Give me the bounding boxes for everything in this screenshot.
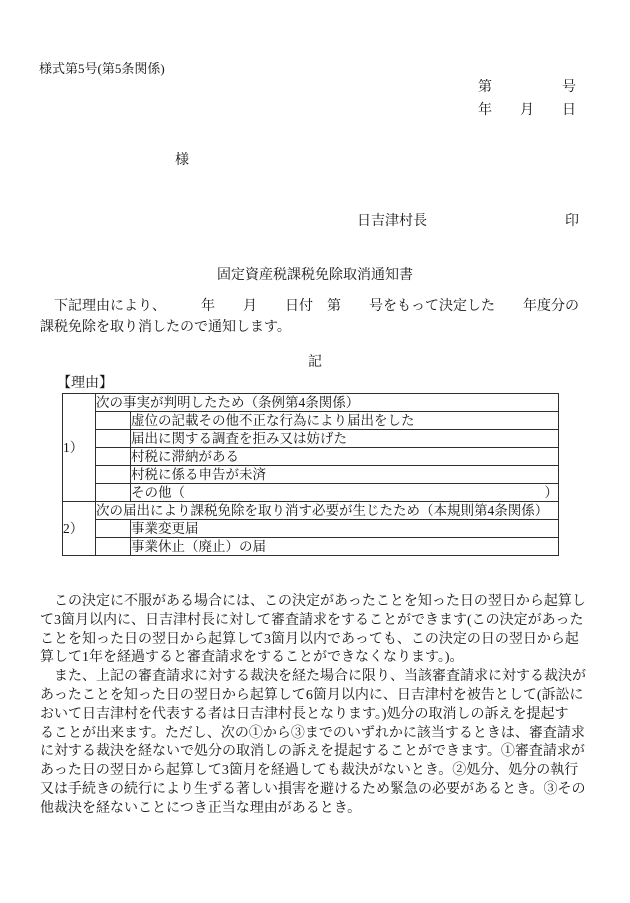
checkbox-cell	[96, 466, 131, 484]
reason-item: 事業休止（廃止）の届	[131, 538, 559, 556]
document-number-block: 第 号 年 月 日	[478, 76, 576, 122]
reason-item: 事業変更届	[131, 520, 559, 538]
checkbox-cell	[96, 412, 131, 430]
reason-row: 村税に係る申告が未済	[63, 466, 559, 484]
reason-heading: 【理由】	[57, 372, 113, 392]
reason-row-other: その他（ ）	[63, 484, 559, 502]
reason-row: 虚位の記載その他不正な行為により届出をした	[63, 412, 559, 430]
document-title: 固定資産税課税免除取消通知書	[0, 264, 630, 284]
document-page: 様式第5号(第5条関係) 第 号 年 月 日 様 日吉津村長 印 固定資産税課税…	[0, 0, 630, 903]
reason-row: 届出に関する調査を拒み又は妨げた	[63, 430, 559, 448]
form-number: 様式第5号(第5条関係)	[39, 61, 165, 77]
issuer-title: 日吉津村長	[357, 210, 427, 230]
date-line: 年 月 日	[478, 99, 576, 122]
section1-header-row: 1） 次の事実が判明したため（条例第4条関係）	[63, 394, 559, 412]
checkbox-cell	[96, 430, 131, 448]
reason-item-other: その他（ ）	[131, 484, 559, 502]
checkbox-cell	[96, 520, 131, 538]
record-marker: 記	[0, 351, 630, 371]
document-number-line: 第 号	[478, 76, 576, 99]
section2-header-row: 2） 次の届出により課税免除を取り消す必要が生じたため（本規則第4条関係）	[63, 502, 559, 520]
checkbox-cell	[96, 484, 131, 502]
appeal-paragraph: この決定に不服がある場合には、この決定があったことを知った日の翌日から起算し て…	[40, 593, 586, 819]
checkbox-cell	[96, 448, 131, 466]
addressee-honorific: 様	[175, 149, 189, 169]
section1-header-cell: 次の事実が判明したため（条例第4条関係）	[96, 394, 559, 412]
section1-number-cell: 1）	[63, 394, 96, 502]
reason-row: 村税に滞納がある	[63, 448, 559, 466]
other-close-paren: ）	[545, 484, 559, 501]
issuer-line: 日吉津村長 印	[357, 210, 579, 230]
reason-item: 村税に係る申告が未済	[131, 466, 559, 484]
notice-paragraph: 下記理由により、 年 月 日付 第 号をもって決定した 年度分の 課税免除を取り…	[40, 296, 579, 338]
section2-header-cell: 次の届出により課税免除を取り消す必要が生じたため（本規則第4条関係）	[96, 502, 559, 520]
checkbox-cell	[96, 538, 131, 556]
reason-item: 村税に滞納がある	[131, 448, 559, 466]
seal-mark: 印	[565, 210, 579, 230]
reason-item: 届出に関する調査を拒み又は妨げた	[131, 430, 559, 448]
reason-item: 虚位の記載その他不正な行為により届出をした	[131, 412, 559, 430]
reason-row: 事業変更届	[63, 520, 559, 538]
section2-number-cell: 2）	[63, 502, 96, 556]
other-open-label: その他（	[131, 484, 185, 501]
reason-table: 1） 次の事実が判明したため（条例第4条関係） 虚位の記載その他不正な行為により…	[62, 393, 559, 556]
reason-row: 事業休止（廃止）の届	[63, 538, 559, 556]
